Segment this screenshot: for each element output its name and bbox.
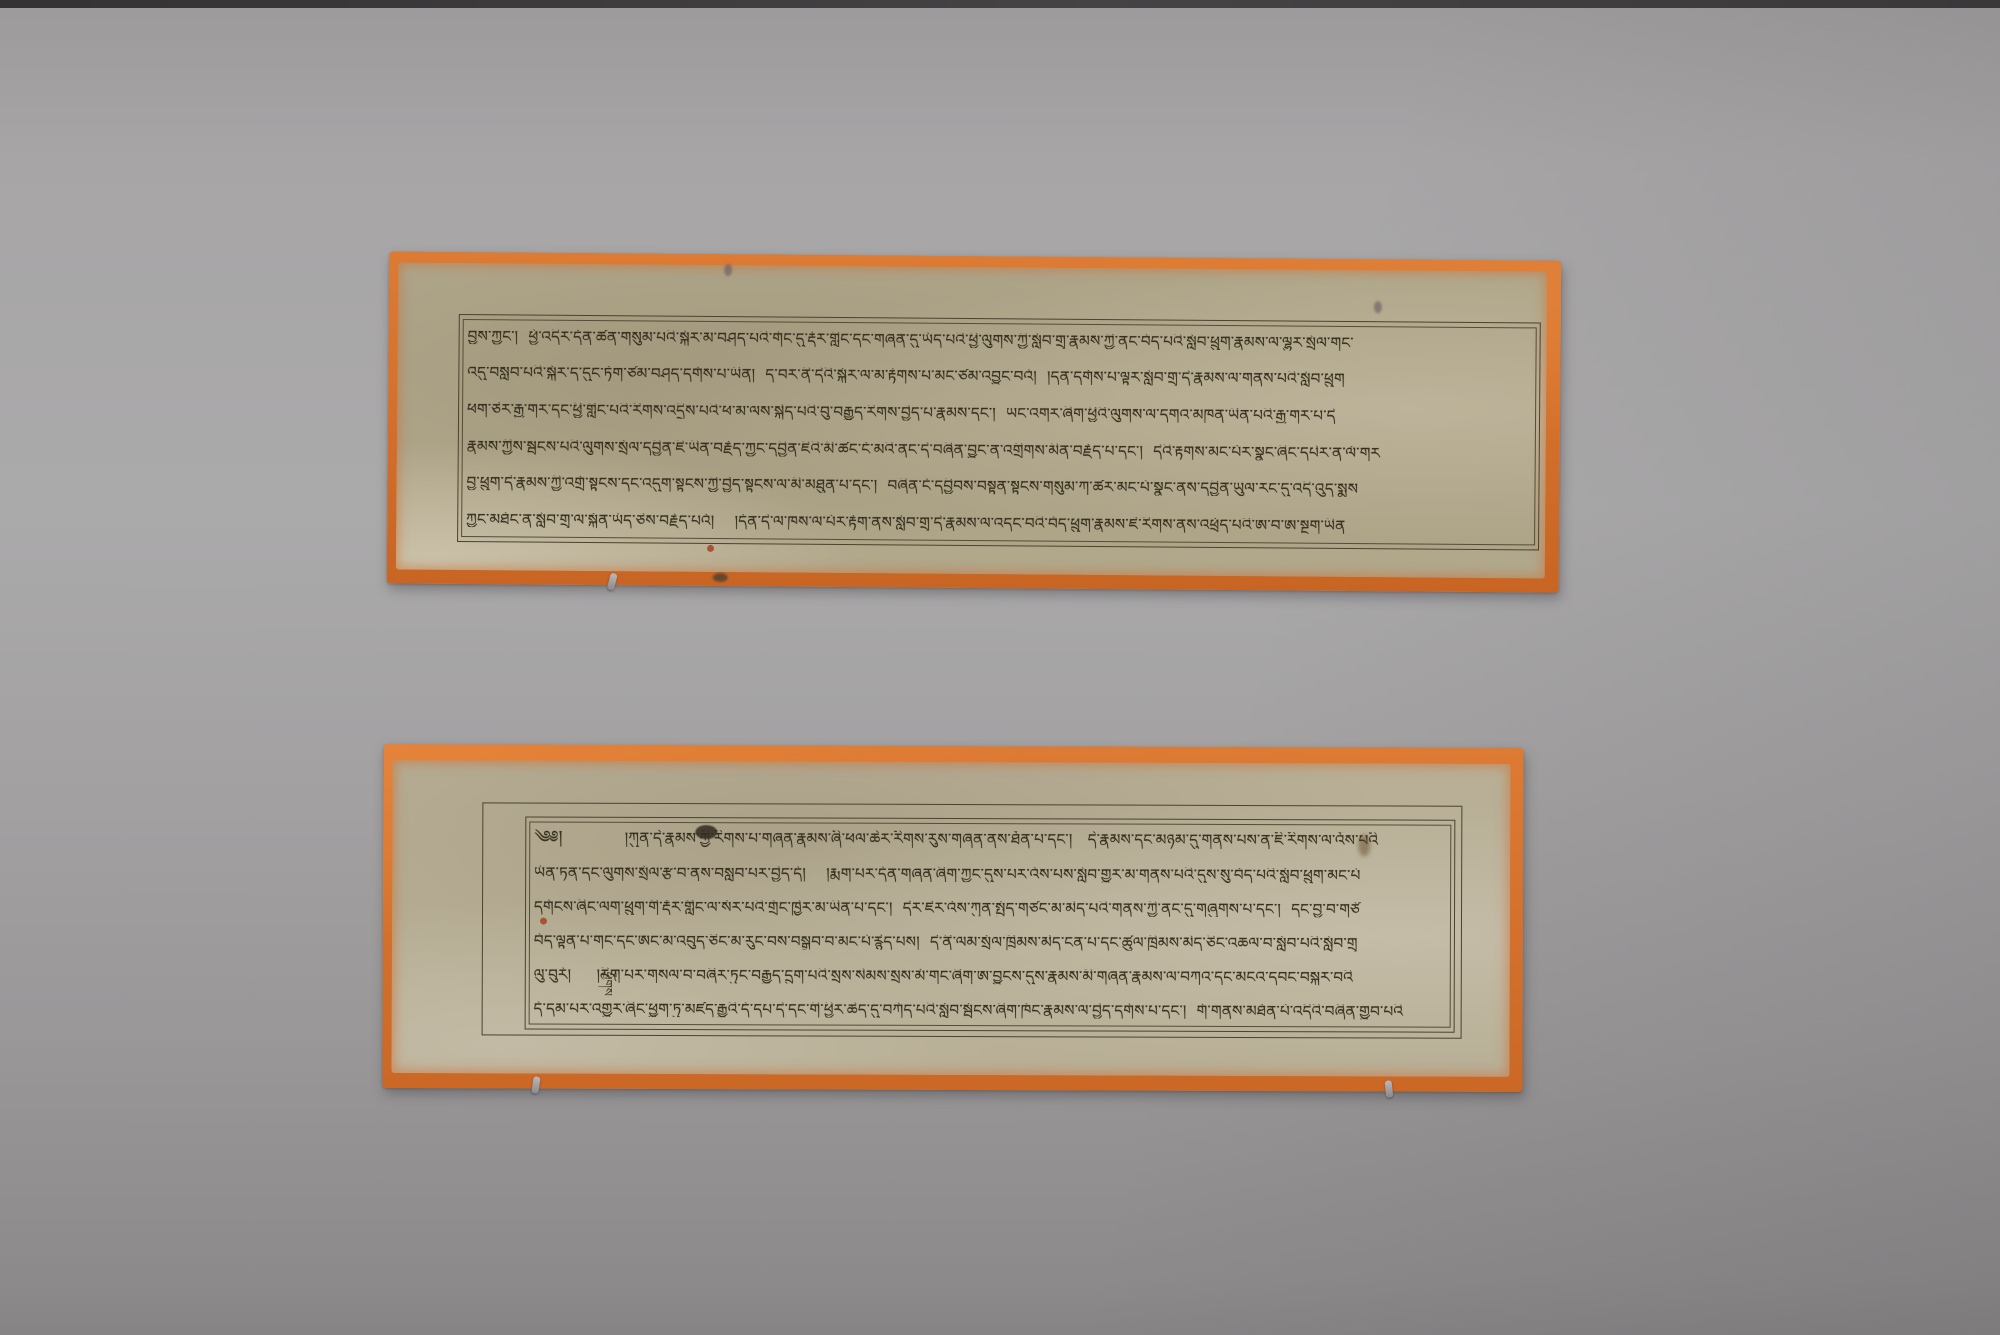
text-line-with-head-mark: ༄༅། །ཀུན་དེ་རྣམས་ཀྱི་རིགས་པ་གཞན་རྣམས་ཞི་… [534, 830, 1446, 850]
brown-smudge [1358, 834, 1370, 856]
text-line: དགོངས་ཞིང་ལག་ཕྲུག་གི་རྡོར་གླིང་ལ་སོར་པའི… [534, 900, 1446, 918]
binding-pin [1385, 1080, 1394, 1098]
letterbox-top-bar [0, 0, 2000, 8]
ink-speck [724, 264, 732, 276]
text-line: ཡོན་ཏན་དང་ལུགས་སྲོལ་རྩ་བ་ནས་བསླབ་པར་བྱེད… [534, 866, 1446, 884]
ink-blot [695, 825, 717, 839]
binding-pin [607, 573, 618, 591]
red-stain [540, 918, 547, 925]
manuscript-leaf-upper: བྱས་ཀྱང་། ཕྱོ་འདིར་དོན་ཚན་གསུམ་པའི་སྐོར་… [387, 251, 1562, 592]
photograph-background: བྱས་ཀྱང་། ཕྱོ་འདིར་དོན་ཚན་གསུམ་པའི་སྐོར་… [0, 0, 2000, 1335]
red-stain [707, 545, 714, 552]
text-line: རྣམས་ཀྱིས་སྦྱངས་པའི་ལུགས་སྲོལ་དབྱིན་ཇི་ཡ… [467, 439, 1531, 462]
leaf-lower-text-block: ༄༅། །ཀུན་དེ་རྣམས་ཀྱི་རིགས་པ་གཞན་རྣམས་ཞི་… [534, 821, 1447, 1029]
manuscript-leaf-lower: ཕྱོགས ༄༅། །ཀུན་དེ་རྣམས་ཀྱི་རིགས་པ་གཞན་རྣ… [382, 744, 1523, 1092]
text-line: དོ་དམ་པར་འགྱུར་ཞིང་ཕྱུག་ཏུ་མཛད་རྒྱུའི་དོ… [534, 1001, 1446, 1019]
yig-mgo-head-mark: ༄༅། [534, 830, 563, 847]
leaf-lower-text-frame: ༄༅། །ཀུན་དེ་རྣམས་ཀྱི་རིགས་པ་གཞན་རྣམས་ཞི་… [525, 817, 1456, 1033]
leaf-upper-text-block: བྱས་ཀྱང་། ཕྱོ་འདིར་དོན་ཚན་གསུམ་པའི་སྐོར་… [466, 318, 1532, 546]
text-line: འདུ་བསླབ་པའི་སྐོར་ད་དུང་ཏོག་ཙམ་བཤད་དགོས་… [467, 366, 1531, 389]
text-line: བྱས་ཀྱང་། ཕྱོ་འདིར་དོན་ཚན་གསུམ་པའི་སྐོར་… [468, 329, 1532, 352]
text-line: །ཀུན་དེ་རྣམས་ཀྱི་རིགས་པ་གཞན་རྣམས་ཞི་ཕལ་ཆ… [625, 831, 1379, 849]
leaf-lower-outer-frame: ཕྱོགས ༄༅། །ཀུན་དེ་རྣམས་ཀྱི་རིགས་པ་གཞན་རྣ… [482, 802, 1463, 1038]
edge-stain [713, 573, 728, 582]
leaf-upper-text-frame: བྱས་ཀྱང་། ཕྱོ་འདིར་དོན་ཚན་གསུམ་པའི་སྐོར་… [457, 314, 1541, 550]
text-line: ཀྱང་མཐོང་ན་སློབ་གྲྭ་ལ་སྐྱོན་ཡོད་ཅེས་བརྗོ… [466, 512, 1530, 535]
text-line: བྱ་ཕྲུག་དེ་རྣམས་ཀྱི་འགྲོ་སྟངས་དང་འདུག་སྟ… [466, 475, 1530, 498]
text-line: ལུ་བུརོ། །རིག་པར་གསལ་བ་བཞིར་ཏུང་བརྒྱུད་ད… [534, 967, 1446, 985]
text-line: ཕག་ཅེར་རྒྱ་གར་དང་ཕྱི་གླིང་པའི་རིགས་འདྲིས… [467, 402, 1531, 425]
text-line: བོད་ལྟན་པ་གང་དང་ཨང་མ་འབུད་ཅིང་མ་རུང་བས་བ… [534, 933, 1446, 951]
binding-pin [531, 1076, 540, 1094]
ink-speck [1374, 301, 1382, 313]
